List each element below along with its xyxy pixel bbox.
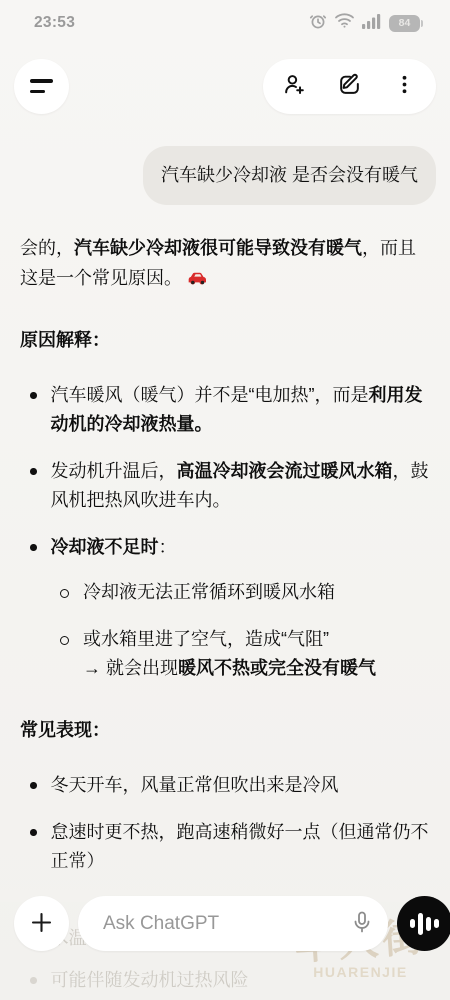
new-chat-button[interactable]	[322, 59, 377, 114]
bullet-text: 发动机升温后，	[51, 461, 177, 481]
voice-waveform-icon	[434, 919, 439, 928]
assistant-intro: 会的，汽车缺少冷却液很可能导致没有暖气，而且这是一个常见原因。	[20, 233, 430, 293]
bullet-text: 怠速时更不热，跑高速稍微好一点（但通常仍不正常）	[51, 822, 429, 871]
bullet-item: 冷却液不足时：	[20, 533, 430, 562]
person-add-icon	[282, 72, 307, 100]
microphone-icon	[350, 910, 374, 937]
sub-bullet-text: 或水箱里进了空气，造成“气阻”	[83, 629, 329, 649]
message-input[interactable]	[101, 912, 350, 936]
assistant-message: 会的，汽车缺少冷却液很可能导致没有暖气，而且这是一个常见原因。 原因解释： 汽车…	[20, 233, 430, 876]
header-actions-pill	[263, 59, 436, 114]
bullet-item: 发动机升温后，高温冷却液会流过暖风水箱，鼓风机把热风吹进车内。	[20, 457, 430, 515]
chat-scroll-area[interactable]: 汽车缺少冷却液 是否会没有暖气 会的，汽车缺少冷却液很可能导致没有暖气，而且这是…	[0, 146, 450, 876]
bullet-dot-icon	[30, 392, 37, 399]
sub-bullet-item: 或水箱里进了空气，造成“气阻” → 就会出现暖风不热或完全没有暖气	[50, 625, 430, 683]
bullet-bold: 冷却液不足时	[51, 537, 159, 557]
wifi-icon	[334, 12, 355, 34]
bullet-item: 汽车暖风（暖气）并不是“电加热”，而是利用发动机的冷却液热量。	[20, 381, 430, 439]
hamburger-icon	[30, 79, 53, 82]
sub-bullet-bold: 暖风不热或完全没有暖气	[178, 658, 376, 678]
bullet-item: 冬天开车，风量正常但吹出来是冷风	[20, 771, 430, 800]
battery-percent: 84	[399, 17, 411, 29]
signal-icon	[362, 13, 382, 34]
voice-mode-button[interactable]	[397, 896, 450, 951]
add-person-button[interactable]	[267, 59, 322, 114]
bullet-bold: 高温冷却液会流过暖风水箱	[177, 461, 393, 481]
intro-bold: 汽车缺少冷却液很可能导致没有暖气	[74, 238, 362, 258]
sub-bullet-circle-icon	[60, 589, 69, 598]
status-icons: 84	[309, 12, 420, 35]
bullet-item: 怠速时更不热，跑高速稍微好一点（但通常仍不正常）	[20, 818, 430, 876]
intro-text: 会的，	[20, 238, 74, 258]
plus-icon	[28, 909, 55, 939]
bullet-text: ：	[159, 537, 177, 557]
voice-waveform-icon	[410, 919, 415, 928]
bullet-text: 冬天开车，风量正常但吹出来是冷风	[51, 775, 339, 795]
more-options-button[interactable]	[377, 59, 432, 114]
compose-icon	[337, 72, 362, 100]
bullet-dot-icon	[30, 829, 37, 836]
alarm-icon	[309, 12, 327, 35]
bullet-text: 汽车暖风（暖气）并不是“电加热”，而是	[51, 385, 369, 405]
kebab-menu-icon	[392, 72, 417, 100]
sub-bullet-text: 冷却液无法正常循环到暖风水箱	[83, 582, 335, 602]
sub-bullet-text: → 就会出现	[83, 658, 178, 678]
app-header	[14, 58, 436, 114]
bullet-dot-icon	[30, 977, 37, 984]
voice-waveform-icon	[426, 917, 431, 931]
status-time: 23:53	[34, 14, 75, 32]
composer-bar	[14, 896, 436, 951]
user-message-row: 汽车缺少冷却液 是否会没有暖气	[0, 146, 450, 205]
sub-bullet-item: 冷却液无法正常循环到暖风水箱	[50, 578, 430, 607]
user-message-text: 汽车缺少冷却液 是否会没有暖气	[161, 165, 418, 185]
bullet-dot-icon	[30, 468, 37, 475]
message-input-pill[interactable]	[78, 896, 388, 951]
voice-waveform-icon	[418, 913, 423, 935]
battery-icon: 84	[389, 15, 420, 32]
red-car-emoji	[186, 270, 210, 287]
hamburger-icon	[30, 90, 45, 93]
section-title-symptoms: 常见表现：	[20, 715, 430, 745]
faded-bullet-text: 可能伴随发动机过热风险	[51, 970, 249, 990]
faded-bullet-item: 可能伴随发动机过热风险	[20, 966, 430, 995]
user-message-bubble[interactable]: 汽车缺少冷却液 是否会没有暖气	[143, 146, 436, 205]
dictation-button[interactable]	[350, 910, 374, 937]
bullet-dot-icon	[30, 782, 37, 789]
menu-button[interactable]	[14, 59, 69, 114]
sub-bullet-circle-icon	[60, 636, 69, 645]
attach-button[interactable]	[14, 896, 69, 951]
status-bar: 23:53	[0, 10, 450, 36]
section-title-reasons: 原因解释：	[20, 325, 430, 355]
chatgpt-mobile-screen: 23:53	[0, 0, 450, 1000]
bullet-dot-icon	[30, 544, 37, 551]
